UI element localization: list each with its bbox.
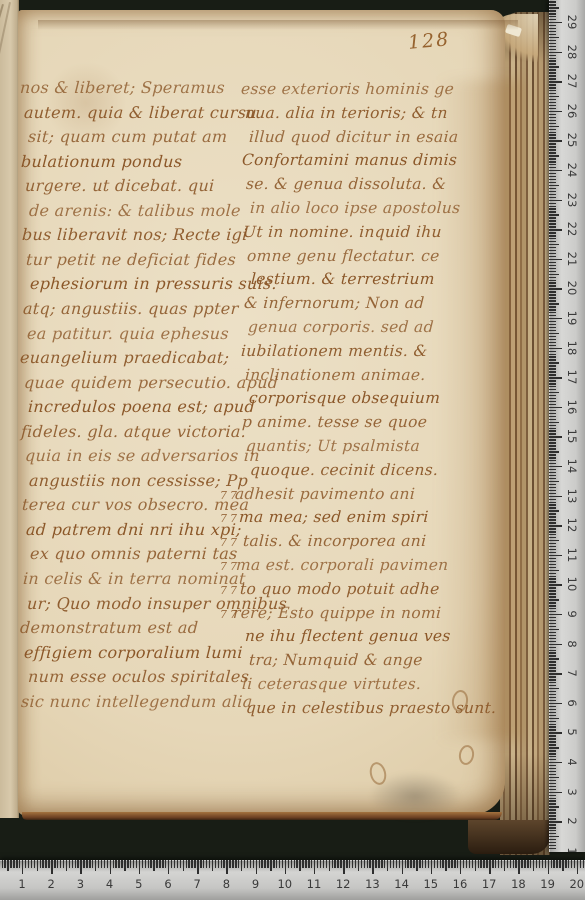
- ruler-tick: [483, 860, 484, 868]
- ruler-tick: [549, 848, 556, 849]
- manuscript-line: ex quo omnis paterni tas: [30, 544, 239, 563]
- ruler-tick: [549, 321, 556, 322]
- ruler-tick: [549, 833, 556, 834]
- ruler-tick: [451, 860, 452, 868]
- ruler-tick: [549, 161, 556, 162]
- ruler-tick: [218, 860, 219, 868]
- ruler-tick: [253, 860, 254, 868]
- ruler-tick: [549, 318, 562, 319]
- ruler-tick: [549, 268, 556, 269]
- ruler-tick: [549, 573, 556, 574]
- ruler-tick: [549, 578, 556, 579]
- ruler-tick: [562, 860, 563, 871]
- ruler-tick: [442, 860, 443, 868]
- ruler-tick: [549, 167, 556, 168]
- ruler-tick: [402, 860, 403, 874]
- ruler-number: 18: [562, 338, 582, 358]
- ruler-tick: [549, 543, 556, 544]
- ruler-tick: [311, 860, 312, 868]
- ruler-tick: [549, 735, 556, 736]
- ruler-tick: [549, 647, 556, 648]
- manuscript-line: atq; angustiis. quas ppter: [23, 299, 240, 318]
- ruler-tick: [291, 860, 292, 868]
- ruler-tick: [492, 860, 493, 868]
- ruler-tick: [188, 860, 189, 868]
- ruler-number: 25: [562, 130, 582, 150]
- ruler-tick: [549, 220, 556, 221]
- ruler-tick: [349, 860, 350, 868]
- ruler-tick: [549, 108, 556, 109]
- ruler-tick: [549, 262, 556, 263]
- ruler-tick: [549, 143, 556, 144]
- ruler-tick: [247, 860, 248, 868]
- manuscript-line: de arenis: & talibus mole: [29, 201, 242, 220]
- ruler-tick: [549, 715, 556, 716]
- ruler-tick: [549, 179, 556, 180]
- ruler-tick: [250, 860, 251, 868]
- ruler-tick: [549, 818, 556, 819]
- ruler-tick: [174, 860, 175, 868]
- ruler-tick: [294, 860, 295, 868]
- ruler-tick: [183, 860, 184, 871]
- manuscript-line: bulationum pondus: [21, 152, 183, 171]
- ruler-tick: [549, 282, 556, 283]
- ruler-tick: [549, 629, 559, 630]
- ruler-tick: [549, 809, 556, 810]
- diple-mark: 77: [220, 512, 240, 525]
- ruler-tick: [549, 608, 556, 609]
- ruler-tick: [549, 345, 556, 346]
- ruler-tick: [549, 682, 556, 683]
- ruler-tick: [549, 129, 556, 130]
- ruler-tick: [326, 860, 327, 868]
- diple-mark: 77: [220, 536, 240, 549]
- ruler-tick: [536, 860, 537, 868]
- ruler-number: 8: [562, 634, 582, 654]
- ruler-tick: [19, 860, 20, 868]
- ruler-tick: [384, 860, 385, 868]
- ruler-tick: [549, 641, 556, 642]
- ruler-tick: [542, 860, 543, 868]
- ruler-tick: [549, 256, 556, 257]
- ruler-number: 15: [421, 877, 441, 891]
- ruler-tick: [549, 371, 556, 372]
- ruler-number: 3: [562, 782, 582, 802]
- ruler-tick: [549, 250, 556, 251]
- book-block-bottom: [468, 820, 550, 854]
- ruler-tick: [241, 860, 242, 871]
- ruler-tick: [559, 860, 560, 868]
- ruler-tick: [209, 860, 210, 868]
- manuscript-line: iubilationem mentis. &: [241, 342, 429, 360]
- ruler-tick: [549, 428, 556, 429]
- ruler-tick: [279, 860, 280, 868]
- ruler-tick: [549, 303, 559, 304]
- ruler-tick: [549, 824, 556, 825]
- ruler-number: 1: [12, 877, 32, 891]
- manuscript-line: effigiem corporalium lumi: [24, 643, 244, 662]
- ruler-tick: [355, 860, 356, 868]
- ruler-tick: [549, 152, 556, 153]
- ruler-tick: [86, 860, 87, 868]
- ruler-tick: [69, 860, 70, 868]
- ruler-tick: [549, 688, 559, 689]
- page-gutter: [0, 0, 19, 818]
- ruler-tick: [549, 274, 559, 275]
- ruler-number: 2: [41, 877, 61, 891]
- manuscript-line: fideles. gla. atque victoria.: [21, 422, 247, 441]
- ruler-tick: [549, 451, 559, 452]
- manuscript-line: quae quidem persecutio. apud: [24, 373, 279, 392]
- ruler-tick: [549, 155, 559, 156]
- ruler-tick: [549, 673, 562, 674]
- ruler-number: 5: [562, 722, 582, 742]
- ruler-tick: [235, 860, 236, 868]
- ruler-tick: [267, 860, 268, 868]
- ruler-tick: [434, 860, 435, 868]
- ruler-tick: [549, 652, 556, 653]
- ruler-number: 9: [246, 877, 266, 891]
- ruler-tick: [469, 860, 470, 868]
- ruler-tick: [273, 860, 274, 868]
- ruler-tick: [549, 208, 556, 209]
- ruler-tick: [256, 860, 257, 874]
- ruler-tick: [34, 860, 35, 868]
- ruler-tick: [549, 146, 556, 147]
- ruler-tick: [549, 72, 556, 73]
- ruler-tick: [145, 860, 146, 868]
- ruler-tick: [264, 860, 265, 868]
- ruler-tick: [549, 786, 556, 787]
- ruler-tick: [425, 860, 426, 868]
- ruler-number: 3: [70, 877, 90, 891]
- ruler-tick: [259, 860, 260, 868]
- ruler-number: 13: [562, 486, 582, 506]
- manuscript-line: autem. quia & liberat cursu: [24, 103, 258, 122]
- ruler-tick: [549, 632, 556, 633]
- manuscript-line: Confortamini manus dimis: [242, 151, 458, 169]
- ruler-tick: [549, 496, 562, 497]
- ruler-tick: [549, 312, 556, 313]
- ruler-tick: [454, 860, 455, 868]
- manuscript-line: se. & genua dissoluta. &: [246, 175, 447, 193]
- ruler-tick: [577, 860, 578, 874]
- ruler-tick: [549, 241, 556, 242]
- ruler-tick: [226, 860, 227, 874]
- ruler-tick: [549, 58, 556, 59]
- ruler-tick: [110, 860, 111, 874]
- ruler-tick: [48, 860, 49, 868]
- ruler-tick: [549, 16, 556, 17]
- manuscript-line: ma mea; sed enim spiri: [239, 508, 430, 526]
- ruler-tick: [66, 860, 67, 871]
- ruler-tick: [369, 860, 370, 868]
- ruler-tick: [10, 860, 11, 868]
- ruler-tick: [549, 365, 556, 366]
- manuscript-line: p anime. tesse se quoe: [242, 413, 428, 431]
- ruler-tick: [261, 860, 262, 868]
- ruler-tick: [549, 336, 556, 337]
- ruler-tick: [549, 120, 556, 121]
- ruler-tick: [549, 487, 556, 488]
- ruler-tick: [549, 765, 556, 766]
- ruler-tick: [98, 860, 99, 868]
- ruler-tick: [422, 860, 423, 868]
- ruler-tick: [390, 860, 391, 868]
- ruler-tick: [549, 638, 556, 639]
- ruler-tick: [549, 22, 562, 23]
- manuscript-line: bus liberavit nos; Recte igi: [22, 225, 249, 244]
- ruler-tick: [549, 226, 556, 227]
- ruler-tick: [549, 510, 559, 511]
- manuscript-line: quoque. cecinit dicens.: [250, 461, 439, 479]
- ruler-tick: [553, 860, 554, 868]
- ruler-tick: [101, 860, 102, 868]
- ruler-tick: [375, 860, 376, 868]
- ruler-tick: [549, 288, 562, 289]
- ruler-tick: [40, 860, 41, 868]
- ruler-tick: [549, 60, 556, 61]
- ruler-tick: [124, 860, 125, 871]
- ruler-tick: [549, 561, 556, 562]
- ruler-number: 18: [508, 877, 528, 891]
- ruler-tick: [549, 827, 556, 828]
- ruler-tick: [507, 860, 508, 868]
- ruler-number: 10: [275, 877, 295, 891]
- ruler-tick: [549, 339, 556, 340]
- ruler-tick: [367, 860, 368, 868]
- ruler-tick: [113, 860, 114, 868]
- ruler-tick: [549, 564, 556, 565]
- ruler-tick: [549, 69, 556, 70]
- ruler-number: 23: [562, 190, 582, 210]
- ruler-tick: [165, 860, 166, 868]
- ruler-tick: [549, 759, 556, 760]
- ruler-tick: [549, 777, 559, 778]
- ruler-tick: [13, 860, 14, 868]
- ruler-tick: [549, 738, 556, 739]
- ruler-number: 17: [479, 877, 499, 891]
- ruler-tick: [549, 700, 556, 701]
- ruler-tick: [549, 466, 562, 467]
- ruler-tick: [387, 860, 388, 871]
- manuscript-line: illud quod dicitur in esaia: [249, 128, 459, 146]
- ruler-tick: [121, 860, 122, 868]
- manuscript-line: Ut in nomine. inquid ihu: [243, 223, 443, 241]
- ruler-number: 10: [562, 574, 582, 594]
- ruler-tick: [25, 860, 26, 868]
- ruler-tick: [549, 830, 556, 831]
- ruler-tick: [549, 718, 559, 719]
- ruler-tick: [104, 860, 105, 868]
- ruler-tick: [361, 860, 362, 868]
- ink-ring-mark: [457, 744, 475, 766]
- ruler-tick: [37, 860, 38, 871]
- ruler-tick: [168, 860, 169, 874]
- ruler-tick: [549, 401, 556, 402]
- ruler-number: 26: [562, 101, 582, 121]
- ruler-number: 27: [562, 71, 582, 91]
- ruler-tick: [549, 623, 556, 624]
- ruler-tick: [549, 419, 556, 420]
- folio-number: 128: [407, 28, 451, 54]
- ruler-tick: [486, 860, 487, 868]
- ruler-tick: [238, 860, 239, 868]
- ruler-tick: [549, 507, 556, 508]
- ruler-number: 9: [562, 604, 582, 624]
- ruler-number: 16: [562, 397, 582, 417]
- ruler-tick: [549, 602, 556, 603]
- ruler-tick: [332, 860, 333, 868]
- ruler-number: 7: [562, 663, 582, 683]
- manuscript-line: lestium. & terrestrium: [251, 270, 436, 288]
- ruler-tick: [549, 670, 556, 671]
- ruler-tick: [343, 860, 344, 874]
- ruler-tick: [22, 860, 23, 874]
- ruler-tick: [549, 812, 556, 813]
- manuscript-line: omne genu flectatur. ce: [247, 247, 441, 265]
- ruler-tick: [549, 114, 556, 115]
- ruler-tick: [186, 860, 187, 868]
- ruler-tick: [549, 191, 556, 192]
- ruler-tick: [580, 860, 581, 868]
- ruler-tick: [549, 200, 562, 201]
- ruler-tick: [549, 351, 556, 352]
- diple-mark: 77: [220, 584, 240, 597]
- ruler-tick: [549, 164, 556, 165]
- ruler-tick: [457, 860, 458, 868]
- ruler-tick: [549, 277, 556, 278]
- ruler-tick: [549, 342, 556, 343]
- ruler-tick: [549, 238, 556, 239]
- ruler-tick: [549, 380, 556, 381]
- ruler-number: 30: [562, 0, 582, 2]
- ruler-tick: [305, 860, 306, 868]
- ruler-tick: [549, 729, 556, 730]
- ruler-tick: [42, 860, 43, 868]
- ruler-tick: [549, 126, 559, 127]
- ruler-tick: [549, 362, 559, 363]
- ruler-tick: [549, 644, 562, 645]
- ruler-tick: [549, 534, 556, 535]
- ruler-tick: [549, 815, 556, 816]
- ruler-tick: [549, 404, 556, 405]
- ruler-tick: [549, 436, 562, 437]
- ruler-tick: [75, 860, 76, 868]
- ruler-tick: [549, 792, 562, 793]
- ruler-tick: [513, 860, 514, 868]
- ruler-tick: [549, 280, 556, 281]
- ruler-tick: [549, 416, 556, 417]
- ruler-tick: [549, 300, 556, 301]
- ruler-tick: [549, 117, 556, 118]
- ruler-tick: [549, 821, 562, 822]
- ruler-tick: [549, 658, 559, 659]
- ruler-tick: [549, 185, 559, 186]
- ruler-tick: [314, 860, 315, 874]
- ruler-tick: [549, 315, 556, 316]
- ruler-tick: [549, 43, 556, 44]
- manuscript-line: ephesiorum in pressuris suis.: [30, 274, 278, 293]
- ruler-tick: [475, 860, 476, 871]
- ruler-tick: [549, 762, 562, 763]
- ruler-tick: [2, 860, 3, 868]
- ruler-tick: [92, 860, 93, 868]
- leaf-under-edge: [22, 812, 502, 820]
- ruler-tick: [549, 211, 556, 212]
- manuscript-line: quia in eis se adversarios in: [25, 446, 261, 465]
- ruler-tick: [549, 324, 556, 325]
- ruler-number: 12: [562, 515, 582, 535]
- ruler-tick: [549, 392, 559, 393]
- ruler-tick: [495, 860, 496, 868]
- ruler-tick: [549, 102, 556, 103]
- ruler-tick: [337, 860, 338, 868]
- ruler-tick: [549, 448, 556, 449]
- diple-mark: 77: [220, 560, 240, 573]
- ruler-tick: [549, 55, 556, 56]
- ruler-tick: [549, 783, 556, 784]
- ruler-tick: [72, 860, 73, 868]
- ruler-tick: [270, 860, 271, 871]
- ruler-tick: [549, 845, 556, 846]
- ruler-tick: [549, 581, 556, 582]
- ruler-tick: [504, 860, 505, 871]
- ruler-tick: [549, 516, 556, 517]
- manuscript-line: in celis & in terra nominat: [23, 569, 247, 588]
- ruler-tick: [77, 860, 78, 868]
- ruler-tick: [549, 173, 556, 174]
- ruler-tick: [549, 795, 556, 796]
- ruler-tick: [549, 206, 556, 207]
- ruler-tick: [549, 460, 556, 461]
- ruler-tick: [372, 860, 373, 874]
- ruler-number: 22: [562, 219, 582, 239]
- ruler-tick: [549, 235, 556, 236]
- ruler-number: 21: [562, 249, 582, 269]
- ruler-tick: [549, 247, 556, 248]
- ruler-tick: [549, 132, 556, 133]
- ruler-tick: [276, 860, 277, 868]
- ruler-tick: [549, 327, 556, 328]
- manuscript-line: urgere. ut dicebat. qui: [25, 176, 216, 195]
- ruler-tick: [549, 691, 556, 692]
- ruler-tick: [142, 860, 143, 868]
- ruler-tick: [549, 291, 556, 292]
- ruler-tick: [549, 140, 562, 141]
- ruler-tick: [308, 860, 309, 868]
- manuscript-photograph: 128 nos & liberet; Speramusautem. quia &…: [0, 0, 585, 900]
- ruler-tick: [549, 549, 556, 550]
- manuscript-line: terea cur vos obsecro. mea: [22, 495, 250, 514]
- ruler-tick: [302, 860, 303, 868]
- ruler-tick: [549, 31, 556, 32]
- diple-mark: 77: [220, 489, 240, 502]
- ruler-tick: [549, 513, 556, 514]
- ruler-tick: [549, 768, 556, 769]
- manuscript-line: ea patitur. quia ephesus: [27, 324, 230, 343]
- ruler-tick: [549, 576, 556, 577]
- ruler-tick: [466, 860, 467, 868]
- ruler-tick: [549, 407, 562, 408]
- ruler-tick: [545, 860, 546, 868]
- ruler-tick: [549, 445, 556, 446]
- ruler-tick: [549, 842, 556, 843]
- ruler-tick: [549, 546, 556, 547]
- manuscript-line: talis. & incorporea ani: [243, 532, 427, 550]
- ruler-tick: [150, 860, 151, 868]
- ruler-tick: [549, 525, 562, 526]
